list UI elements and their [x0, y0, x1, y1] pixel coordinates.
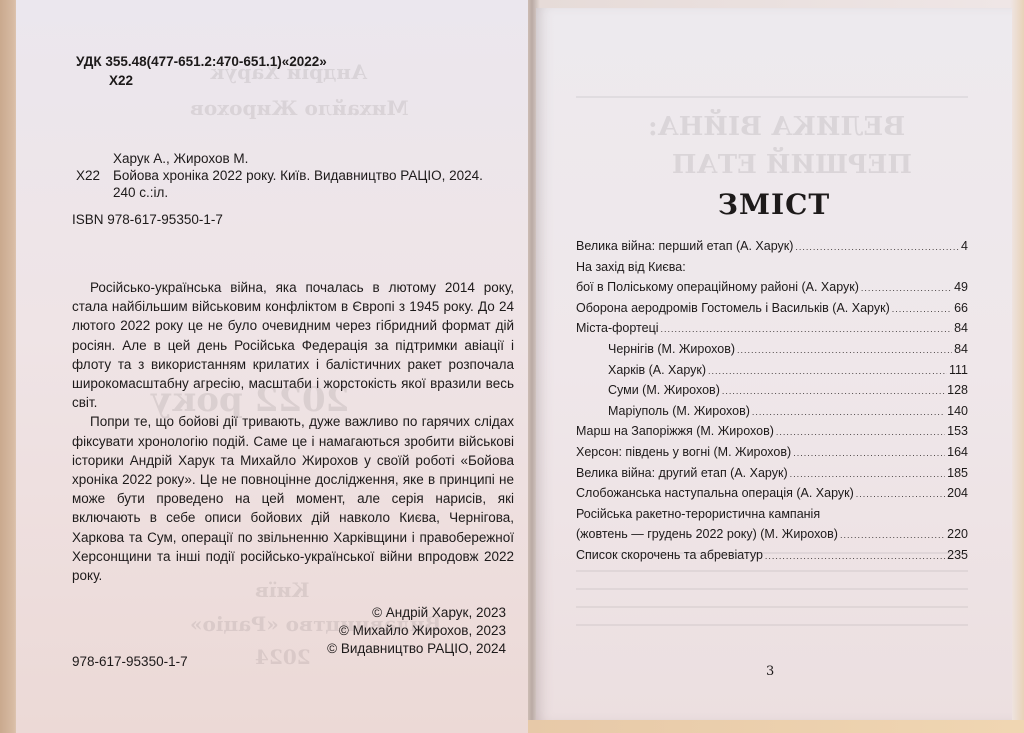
toc-entry-page: 235	[947, 545, 968, 566]
copyright-line: © Андрій Харук, 2023	[327, 604, 506, 622]
toc-entry: Чернігів (М. Жирохов)84	[576, 339, 968, 360]
toc-entry-label: Маріуполь (М. Жирохов)	[576, 401, 750, 422]
toc-title: ЗМІСТ	[536, 188, 1012, 221]
toc-entry-page: 111	[949, 360, 968, 381]
toc-leader-dots	[856, 484, 945, 505]
ghost-line	[576, 624, 968, 626]
toc-entry: Оборона аеродромів Гостомель і Васильків…	[576, 298, 968, 319]
ghost-text: ПЕРШИЙ ЕТАП	[672, 150, 912, 180]
toc-entry-page: 4	[961, 236, 968, 257]
authors: Харук А., Жирохов М.	[113, 150, 248, 167]
ghost-line	[576, 96, 968, 98]
toc-entry: Російська ракетно-терористична кампанія	[576, 504, 968, 525]
copyright-line: © Михайло Жирохов, 2023	[327, 622, 506, 640]
toc-entry-label: Марш на Запоріжжя (М. Жирохов)	[576, 421, 774, 442]
toc-entry: Слобожанська наступальна операція (А. Ха…	[576, 483, 968, 504]
copyright-line: © Видавництво РАЦІО, 2024	[327, 640, 506, 658]
book-edge	[528, 720, 1024, 733]
toc-entry-page: 128	[947, 380, 968, 401]
toc-entry: Міста-фортеці84	[576, 318, 968, 339]
page-number: 3	[766, 664, 774, 679]
isbn-bottom: 978-617-95350-1-7	[72, 654, 188, 669]
toc-leader-dots	[776, 422, 945, 443]
udk-block: УДК 355.48(477-651.2:470-651.1)«2022» Х2…	[76, 52, 327, 90]
toc-leader-dots	[661, 319, 953, 340]
toc-entry-page: 84	[954, 318, 968, 339]
toc-entry-label: Суми (М. Жирохов)	[576, 380, 720, 401]
toc-entry: Харків (А. Харук)111	[576, 360, 968, 381]
isbn: ISBN 978-617-95350-1-7	[72, 212, 223, 227]
toc-entry-label: Оборона аеродромів Гостомель і Васильків…	[576, 298, 890, 319]
toc-leader-dots	[765, 546, 945, 567]
toc-entry: На захід від Києва:	[576, 257, 968, 278]
toc-leader-dots	[795, 237, 959, 258]
toc-entry-page: 140	[947, 401, 968, 422]
toc-entry: Велика війна: другий етап (А. Харук)185	[576, 463, 968, 484]
toc-leader-dots	[793, 443, 945, 464]
ghost-text: 2024	[255, 645, 311, 669]
ghost-text: Михайло Жирохов	[190, 96, 409, 120]
toc-entry: Марш на Запоріжжя (М. Жирохов)153	[576, 421, 968, 442]
toc-entry-page: 66	[954, 298, 968, 319]
toc-leader-dots	[752, 402, 945, 423]
toc-leader-dots	[722, 381, 945, 402]
toc-entry: Список скорочень та абревіатур235	[576, 545, 968, 566]
table-of-contents: Велика війна: перший етап (А. Харук)4На …	[576, 236, 968, 566]
toc-entry: Маріуполь (М. Жирохов)140	[576, 401, 968, 422]
toc-entry-label: Херсон: південь у вогні (М. Жирохов)	[576, 442, 791, 463]
annotation-paragraph: Попри те, що бойові дії тривають, дуже в…	[72, 412, 514, 585]
toc-entry-label: Велика війна: перший етап (А. Харук)	[576, 236, 793, 257]
toc-entry: Суми (М. Жирохов)128	[576, 380, 968, 401]
toc-entry-page: 164	[947, 442, 968, 463]
author-mark: Х22	[76, 71, 327, 90]
toc-entry-label: Список скорочень та абревіатур	[576, 545, 763, 566]
toc-entry-label: бої в Поліському операційному районі (А.…	[576, 277, 859, 298]
toc-entry-page: 49	[954, 277, 968, 298]
toc-leader-dots	[790, 464, 946, 485]
toc-entry-label: Харків (А. Харук)	[576, 360, 706, 381]
toc-entry-page: 185	[947, 463, 968, 484]
toc-entry-label: Слобожанська наступальна операція (А. Ха…	[576, 483, 854, 504]
toc-leader-dots	[708, 361, 947, 382]
toc-entry-label: Велика війна: другий етап (А. Харук)	[576, 463, 788, 484]
udk-code: УДК 355.48(477-651.2:470-651.1)«2022»	[76, 54, 327, 69]
toc-leader-dots	[840, 525, 945, 546]
toc-entry: Велика війна: перший етап (А. Харук)4	[576, 236, 968, 257]
toc-entry-label: (жовтень — грудень 2022 року) (М. Жирохо…	[576, 524, 838, 545]
copyright-block: © Андрій Харук, 2023 © Михайло Жирохов, …	[327, 604, 506, 658]
annotation-paragraph: Російсько-українська війна, яка почалась…	[72, 278, 514, 412]
toc-entry-page: 153	[947, 421, 968, 442]
classifier: Х22	[76, 167, 113, 184]
toc-entry-page: 220	[947, 524, 968, 545]
book-title-line: Бойова хроніка 2022 року. Київ. Видавниц…	[113, 167, 483, 184]
ghost-line	[576, 588, 968, 590]
toc-entry-label: Міста-фортеці	[576, 318, 659, 339]
toc-leader-dots	[737, 340, 952, 361]
ghost-line	[576, 570, 968, 572]
ghost-text: ВЕЛИКА ВІЙНА:	[648, 112, 905, 142]
page-count: 240 с.:іл.	[113, 184, 168, 201]
toc-entry: Херсон: південь у вогні (М. Жирохов)164	[576, 442, 968, 463]
bibliographic-record: Харук А., Жирохов М. Х22Бойова хроніка 2…	[76, 150, 483, 201]
toc-entry: (жовтень — грудень 2022 року) (М. Жирохо…	[576, 524, 968, 545]
annotation: Російсько-українська війна, яка почалась…	[72, 278, 514, 585]
toc-entry-page: 84	[954, 339, 968, 360]
toc-entry-label: Чернігів (М. Жирохов)	[576, 339, 735, 360]
toc-entry: бої в Поліському операційному районі (А.…	[576, 277, 968, 298]
toc-entry-label: На захід від Києва:	[576, 257, 686, 278]
ghost-line	[576, 606, 968, 608]
toc-leader-dots	[861, 278, 952, 299]
toc-leader-dots	[892, 299, 952, 320]
toc-entry-label: Російська ракетно-терористична кампанія	[576, 504, 820, 525]
toc-entry-page: 204	[947, 483, 968, 504]
